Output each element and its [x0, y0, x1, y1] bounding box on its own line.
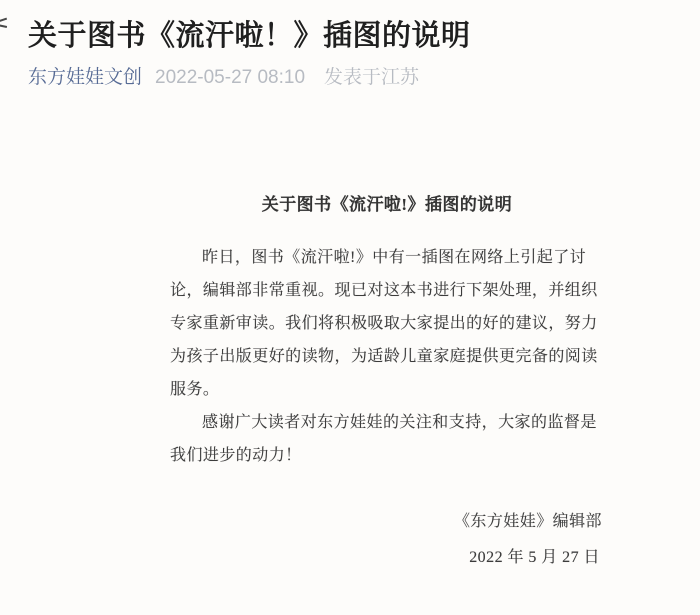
cropped-glyph-artifact: [0, 17, 8, 31]
letter-title: 关于图书《流汗啦!》插图的说明: [170, 194, 604, 215]
article-header: 关于图书《流汗啦！》插图的说明 东方娃娃文创 2022-05-27 08:10 …: [0, 0, 700, 90]
article-title: 关于图书《流汗啦！》插图的说明: [28, 19, 672, 53]
publish-location: 发表于江苏: [324, 66, 419, 90]
byline: 东方娃娃文创 2022-05-27 08:10 发表于江苏: [28, 66, 672, 90]
letter-paragraph-2: 感谢广大读者对东方娃娃的关注和支持，大家的监督是我们进步的动力！: [170, 406, 604, 472]
letter-signature: 《东方娃娃》编辑部: [170, 504, 604, 540]
statement-letter-image: 关于图书《流汗啦!》插图的说明 昨日，图书《流汗啦!》中有一插图在网络上引起了讨…: [170, 194, 604, 576]
account-name-link[interactable]: 东方娃娃文创: [28, 66, 142, 90]
letter-date: 2022 年 5 月 27 日: [170, 540, 604, 576]
publish-timestamp: 2022-05-27 08:10: [155, 66, 305, 90]
letter-paragraph-1: 昨日，图书《流汗啦!》中有一插图在网络上引起了讨论，编辑部非常重视。现已对这本书…: [170, 241, 604, 406]
